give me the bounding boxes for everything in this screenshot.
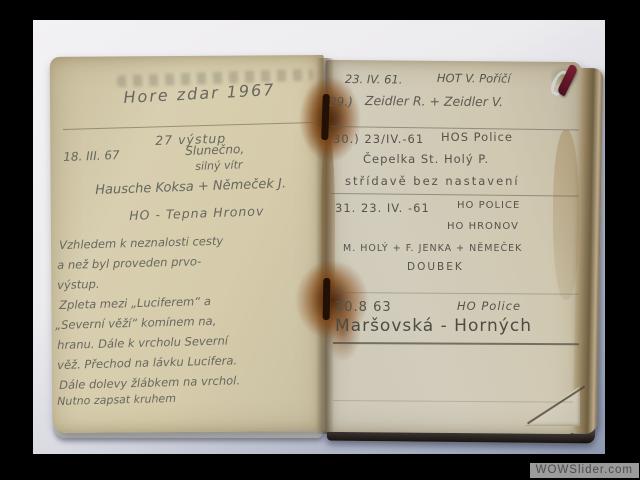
entry30-number-date: 30.) 23/IV.-61: [333, 132, 424, 146]
slider-frame: Hore zdar 1967 27 výstup 18. III. 67 Slu…: [0, 0, 640, 480]
entry30-club: HOS Police: [441, 130, 513, 144]
notebook-photo: Hore zdar 1967 27 výstup 18. III. 67 Slu…: [33, 20, 605, 454]
entry63-date: 30.8 63: [335, 300, 392, 315]
entry30-note: střídavě bez nastavení: [345, 174, 520, 188]
entry31-number-date: 31. 23. IV. -61: [335, 201, 430, 215]
entry63-club: HO Police: [457, 299, 521, 313]
entry29-names: Zeidler R. + Zeidler V.: [365, 93, 503, 109]
entry31-names2: DOUBEK: [407, 261, 464, 273]
entry29-number: 29.): [329, 95, 353, 109]
entry63-route: Maršovská - Horných: [335, 316, 532, 336]
weather-line1: Slunečno,: [185, 142, 244, 158]
entry31-club: HO POLICE: [457, 200, 520, 211]
rust-stain-top: [299, 76, 361, 162]
staple-bottom: [323, 278, 331, 320]
entry31-names: M. HOLÝ + F. JENKA + NĚMEČEK: [343, 243, 522, 254]
entry29-club: HOT V. Poříčí: [437, 71, 511, 86]
entry30-names: Čepelka St. Holý P.: [363, 152, 489, 166]
entry31-club2: HO HRONOV: [447, 221, 519, 232]
weather-line2: silný vítr: [195, 158, 243, 173]
entry-date: 18. III. 67: [63, 148, 120, 164]
note-line: výstup.: [57, 277, 100, 292]
entry29-date: 23. IV. 61.: [345, 72, 403, 87]
stain-fore-edge: [553, 130, 579, 300]
wowslider-watermark[interactable]: WOWSlider.com: [530, 463, 639, 478]
